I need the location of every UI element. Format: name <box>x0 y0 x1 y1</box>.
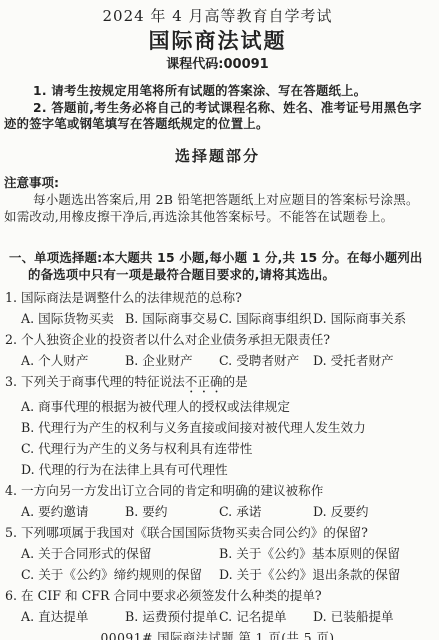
option-b: B.运费预付提单 <box>125 606 219 627</box>
question-options: A.要约邀请 B.要约 C.承诺 D.反要约 <box>4 501 431 522</box>
option-label: D. <box>21 462 35 477</box>
option-label: C. <box>219 504 232 519</box>
option-b: B.代理行为产生的权利与义务直接或间接对被代理人发生效力 <box>21 417 431 438</box>
question-2: 2.个人独资企业的投资者以什么对企业债务承担无限责任? A.个人财产 B.企业财… <box>4 329 431 371</box>
notice-body: 每小题选出答案后,用 2B 铅笔把答题纸上对应题目的答案标号涂黑。如需改动,用橡… <box>4 191 431 226</box>
option-c: C.承诺 <box>219 501 313 522</box>
option-text: 个人财产 <box>38 353 88 368</box>
question-5: 5.下列哪项属于我国对《联合国国际货物买卖合同公约》的保留? A.关于合同形式的… <box>4 522 431 585</box>
question-text: 个人独资企业的投资者以什么对企业债务承担无限责任? <box>21 332 330 347</box>
notice-heading: 注意事项: <box>4 174 431 191</box>
option-text: 代理行为产生的权利与义务直接或间接对被代理人发生效力 <box>38 420 365 435</box>
option-c: C.代理行为产生的义务与权利具有连带性 <box>21 438 431 459</box>
option-text: 商事代理的根据为被代理人的授权或法律规定 <box>38 399 290 414</box>
option-text: 国际商事关系 <box>331 311 407 326</box>
exam-session-title: 2024 年 4 月高等教育自学考试 <box>4 6 431 26</box>
option-label: C. <box>21 441 34 456</box>
page-footer: 00091# 国际商法试题 第 1 页(共 5 页) <box>4 628 431 640</box>
question-6: 6.在 CIF 和 CFR 合同中要求必须签发什么种类的提单? A.直达提单 B… <box>4 585 431 627</box>
question-number: 3. <box>5 374 17 389</box>
option-d: D.关于《公约》退出条款的保留 <box>219 564 431 585</box>
option-label: A. <box>21 609 34 624</box>
option-label: A. <box>21 353 34 368</box>
option-d: D.已装船提单 <box>313 606 431 627</box>
option-a: A.关于合同形式的保留 <box>21 543 219 564</box>
question-options: A.直达提单 B.运费预付提单 C.记名提单 D.已装船提单 <box>4 606 431 627</box>
question-text-post: 的是 <box>223 374 248 389</box>
question-stem: 5.下列哪项属于我国对《联合国国际货物买卖合同公约》的保留? <box>4 522 431 543</box>
question-options: A.个人财产 B.企业财产 C.受聘者财产 D.受托者财产 <box>4 350 431 371</box>
option-text: 运费预付提单 <box>142 609 218 624</box>
instruction-2: 2. 答题前,考生务必将自己的考试课程名称、姓名、准考证号用黑色字迹的签字笔或钢… <box>4 100 431 133</box>
question-stem: 6.在 CIF 和 CFR 合同中要求必须签发什么种类的提单? <box>4 585 431 606</box>
option-text: 代理的行为在法律上具有可代理性 <box>39 462 228 477</box>
option-b: B.企业财产 <box>125 350 219 371</box>
option-text: 代理行为产生的义务与权利具有连带性 <box>38 441 252 456</box>
question-stem: 2.个人独资企业的投资者以什么对企业债务承担无限责任? <box>4 329 431 350</box>
general-instructions: 1. 请考生按规定用笔将所有试题的答案涂、写在答题纸上。 2. 答题前,考生务必… <box>4 83 431 133</box>
option-text: 企业财产 <box>142 353 192 368</box>
option-b: B.国际商事交易 <box>125 308 219 329</box>
question-text-pre: 下列关于商事代理的特征说法 <box>21 374 185 389</box>
option-text: 关于《公约》退出条款的保留 <box>237 567 401 582</box>
option-text: 受聘者财产 <box>236 353 299 368</box>
question-number: 5. <box>5 525 17 540</box>
option-d: D.国际商事关系 <box>313 308 431 329</box>
part-one-heading: 一、单项选择题:本大题共 15 小题,每小题 1 分,共 15 分。在每小题列出… <box>4 249 431 283</box>
question-options: A.国际货物买卖 B.国际商事交易 C.国际商事组织 D.国际商事关系 <box>4 308 431 329</box>
option-label: D. <box>313 353 327 368</box>
section-title: 选择题部分 <box>4 147 431 166</box>
question-options: A.关于合同形式的保留 B.关于《公约》基本原则的保留 C.关于《公约》缔约规则… <box>4 543 431 585</box>
question-4: 4.一方向另一方发出订立合同的肯定和明确的建议被称作 A.要约邀请 B.要约 C… <box>4 480 431 522</box>
option-d: D.反要约 <box>313 501 431 522</box>
option-label: A. <box>21 311 34 326</box>
option-c: C.关于《公约》缔约规则的保留 <box>21 564 219 585</box>
option-a: A.国际货物买卖 <box>21 308 125 329</box>
option-text: 国际商事交易 <box>142 311 218 326</box>
option-label: A. <box>21 504 34 519</box>
option-label: D. <box>313 504 327 519</box>
option-label: C. <box>219 609 232 624</box>
option-label: D. <box>313 609 327 624</box>
question-stem: 4.一方向另一方发出订立合同的肯定和明确的建议被称作 <box>4 480 431 501</box>
option-label: B. <box>21 420 34 435</box>
option-text: 直达提单 <box>38 609 88 624</box>
option-text: 记名提单 <box>236 609 286 624</box>
exam-paper-page: 2024 年 4 月高等教育自学考试 国际商法试题 课程代码:00091 1. … <box>0 0 439 640</box>
question-text: 在 CIF 和 CFR 合同中要求必须签发什么种类的提单? <box>21 588 322 603</box>
question-number: 4. <box>5 483 17 498</box>
course-code: 课程代码:00091 <box>4 56 431 73</box>
question-text: 一方向另一方发出订立合同的肯定和明确的建议被称作 <box>21 483 323 498</box>
option-c: C.受聘者财产 <box>219 350 313 371</box>
option-text: 承诺 <box>236 504 261 519</box>
question-stem: 3.下列关于商事代理的特征说法不正确的是 <box>4 371 431 396</box>
instruction-1: 1. 请考生按规定用笔将所有试题的答案涂、写在答题纸上。 <box>4 83 431 100</box>
question-stem: 1.国际商法是调整什么的法律规范的总称? <box>4 287 431 308</box>
paper-header: 2024 年 4 月高等教育自学考试 国际商法试题 课程代码:00091 <box>4 6 431 73</box>
question-text-emphasis: 不正确 <box>185 374 223 389</box>
option-label: D. <box>219 567 233 582</box>
option-d: D.受托者财产 <box>313 350 431 371</box>
option-a: A.直达提单 <box>21 606 125 627</box>
option-label: A. <box>21 546 34 561</box>
option-label: B. <box>219 546 232 561</box>
option-label: B. <box>125 353 138 368</box>
option-label: A. <box>21 399 34 414</box>
option-c: C.国际商事组织 <box>219 308 313 329</box>
option-text: 要约邀请 <box>38 504 88 519</box>
question-options: A.商事代理的根据为被代理人的授权或法律规定 B.代理行为产生的权利与义务直接或… <box>4 396 431 480</box>
option-label: C. <box>219 353 232 368</box>
question-list: 1.国际商法是调整什么的法律规范的总称? A.国际货物买卖 B.国际商事交易 C… <box>4 287 431 627</box>
question-text: 国际商法是调整什么的法律规范的总称? <box>21 290 242 305</box>
question-3: 3.下列关于商事代理的特征说法不正确的是 A.商事代理的根据为被代理人的授权或法… <box>4 371 431 480</box>
question-text: 下列哪项属于我国对《联合国国际货物买卖合同公约》的保留? <box>21 525 368 540</box>
option-text: 国际货物买卖 <box>38 311 114 326</box>
option-label: C. <box>21 567 34 582</box>
option-text: 关于《公约》基本原则的保留 <box>236 546 400 561</box>
question-1: 1.国际商法是调整什么的法律规范的总称? A.国际货物买卖 B.国际商事交易 C… <box>4 287 431 329</box>
option-a: A.个人财产 <box>21 350 125 371</box>
option-a: A.要约邀请 <box>21 501 125 522</box>
option-text: 受托者财产 <box>331 353 394 368</box>
option-b: B.要约 <box>125 501 219 522</box>
question-number: 6. <box>5 588 17 603</box>
option-text: 已装船提单 <box>331 609 394 624</box>
option-label: D. <box>313 311 327 326</box>
option-text: 要约 <box>142 504 167 519</box>
option-label: B. <box>125 311 138 326</box>
option-d: D.代理的行为在法律上具有可代理性 <box>21 459 431 480</box>
question-number: 2. <box>5 332 17 347</box>
option-label: C. <box>219 311 232 326</box>
paper-title: 国际商法试题 <box>4 28 431 54</box>
option-c: C.记名提单 <box>219 606 313 627</box>
option-text: 反要约 <box>331 504 369 519</box>
option-label: B. <box>125 609 138 624</box>
option-label: B. <box>125 504 138 519</box>
question-number: 1. <box>5 290 17 305</box>
option-text: 关于《公约》缔约规则的保留 <box>38 567 202 582</box>
option-b: B.关于《公约》基本原则的保留 <box>219 543 431 564</box>
option-text: 关于合同形式的保留 <box>38 546 151 561</box>
option-a: A.商事代理的根据为被代理人的授权或法律规定 <box>21 396 431 417</box>
option-text: 国际商事组织 <box>236 311 312 326</box>
